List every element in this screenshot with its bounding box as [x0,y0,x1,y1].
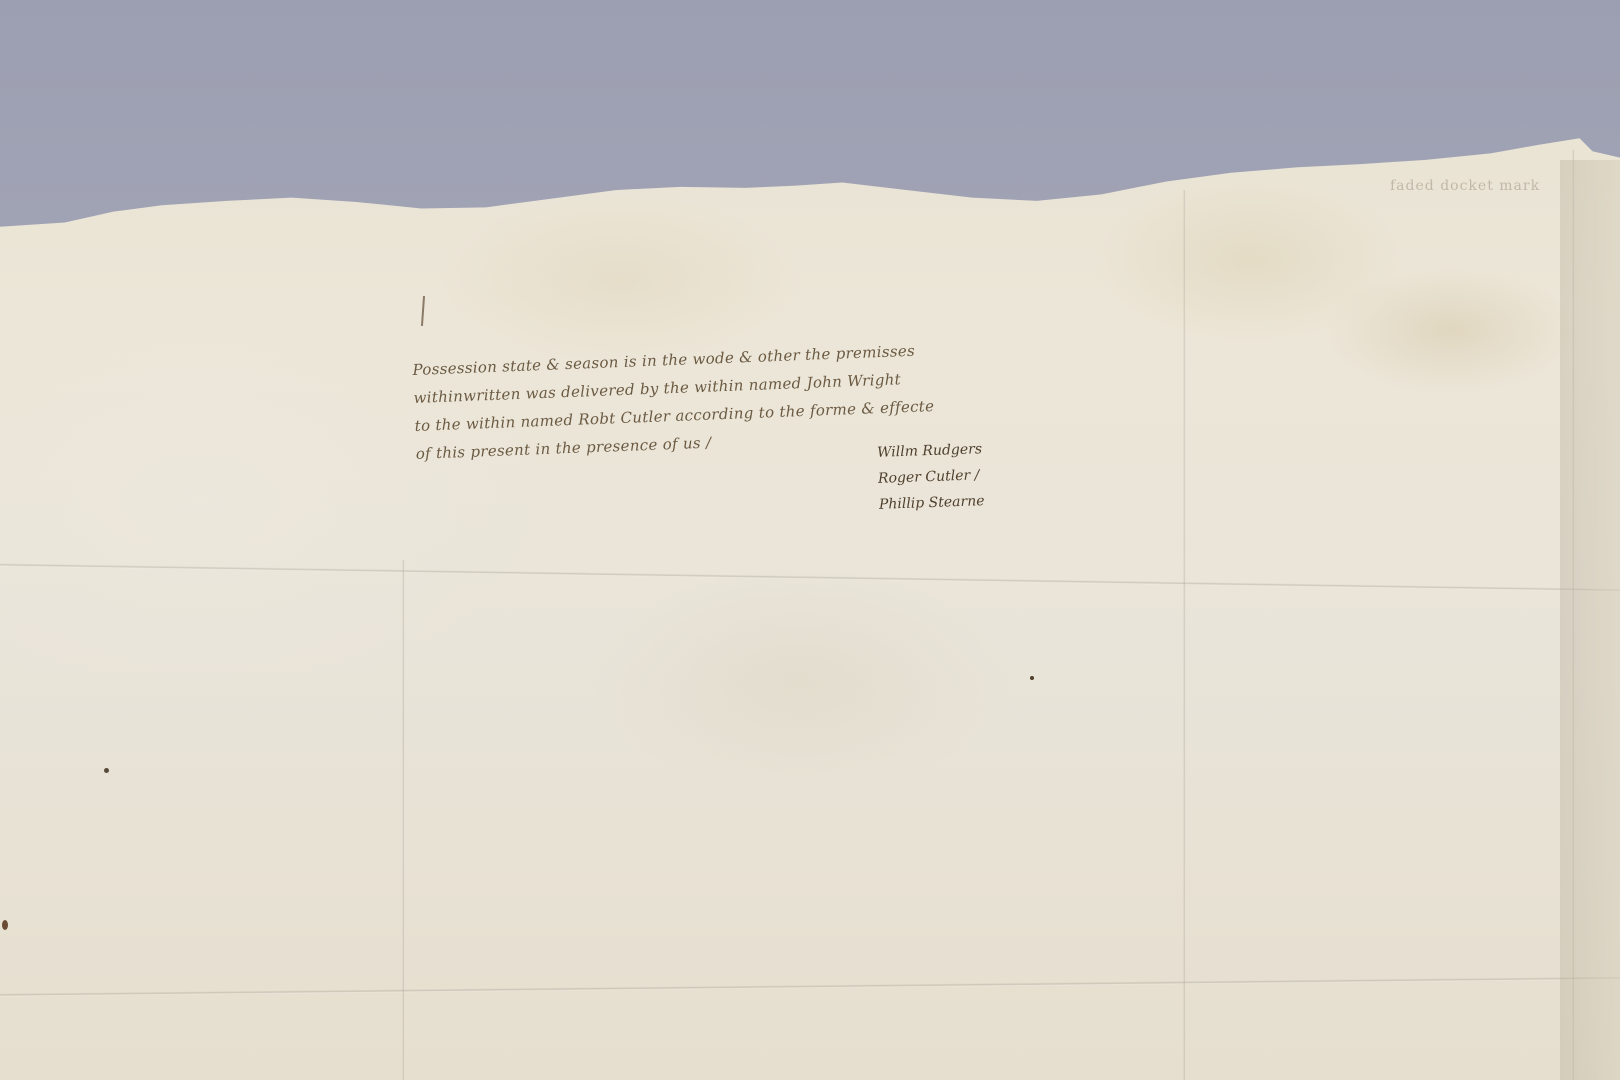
ink-tick-mark [421,296,425,326]
witness-signature: Phillip Stearne [878,488,984,518]
stain [2,920,8,930]
horizontal-fold [0,563,1620,591]
stain [104,768,109,773]
witness-signatures: Willm Rudgers Roger Cutler / Phillip Ste… [877,436,985,518]
horizontal-fold [0,977,1620,997]
stain [1030,676,1034,680]
vertical-fold [402,560,405,1080]
witness-signature: Willm Rudgers [877,436,983,466]
endorsement-text: Possession state & season is in the wode… [412,329,1116,468]
faded-docket: faded docket mark [1390,178,1540,194]
witness-signature: Roger Cutler / [878,462,984,492]
vertical-fold [1183,190,1186,1080]
right-folded-flap [1560,160,1620,1080]
